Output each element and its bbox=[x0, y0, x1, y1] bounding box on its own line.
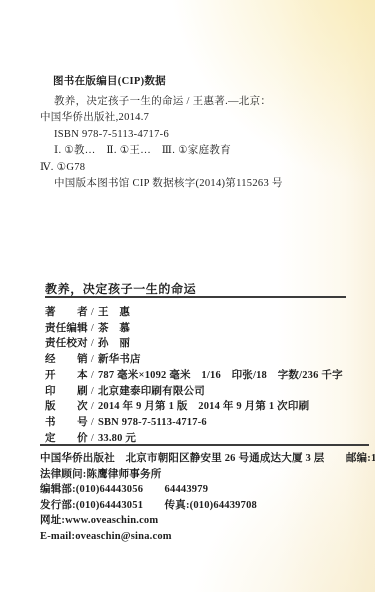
colophon-separator: / bbox=[91, 307, 94, 318]
colophon-row: 著 者/王 惠 bbox=[45, 305, 343, 321]
colophon-row: 版 次/2014 年 9 月第 1 版 2014 年 9 月第 1 次印刷 bbox=[45, 399, 343, 415]
colophon-row: 责任校对/孙 丽 bbox=[45, 336, 343, 352]
colophon-value: 孙 丽 bbox=[98, 338, 130, 349]
colophon-separator: / bbox=[91, 417, 94, 428]
colophon-list: 著 者/王 惠责任编辑/茶 慕责任校对/孙 丽经 销/新华书店开 本/787 毫… bbox=[45, 305, 343, 446]
colophon-row: 责任编辑/茶 慕 bbox=[45, 321, 343, 337]
colophon-label: 版 次 bbox=[45, 401, 88, 412]
colophon-separator: / bbox=[91, 401, 94, 412]
publisher-editorial-phone: 编辑部:(010)64443056 64443979 bbox=[40, 482, 375, 498]
title-rule bbox=[45, 296, 346, 298]
colophon-value: 新华书店 bbox=[98, 354, 141, 365]
colophon-row: 经 销/新华书店 bbox=[45, 352, 343, 368]
colophon-row: 开 本/787 毫米×1092 毫米 1/16 印张/18 字数/236 千字 bbox=[45, 368, 343, 384]
colophon-value: 王 惠 bbox=[98, 307, 130, 318]
colophon-row: 印 刷/北京建泰印刷有限公司 bbox=[45, 384, 343, 400]
publisher-address: 中国华侨出版社 北京市朝阳区静安里 26 号通成达大厦 3 层 邮编:10002… bbox=[40, 451, 375, 467]
colophon-value: 茶 慕 bbox=[98, 323, 130, 334]
cip-line: Ⅳ. ①G78 bbox=[40, 160, 283, 177]
book-title: 教养，决定孩子一生的命运 bbox=[45, 280, 196, 297]
book-copyright-page-photo: 图书在版编目(CIP)数据 教养，决定孩子一生的命运 / 王惠著.—北京：中国华… bbox=[0, 0, 375, 592]
publisher-email: E-mail:oveaschin@sina.com bbox=[40, 529, 375, 545]
colophon-label: 书 号 bbox=[45, 417, 88, 428]
colophon-separator: / bbox=[91, 370, 94, 381]
cip-line: ISBN 978-7-5113-4717-6 bbox=[54, 127, 283, 144]
colophon-value: 787 毫米×1092 毫米 1/16 印张/18 字数/236 千字 bbox=[98, 370, 343, 381]
cip-block: 图书在版编目(CIP)数据 教养，决定孩子一生的命运 / 王惠著.—北京：中国华… bbox=[40, 74, 283, 193]
cip-line: 中国华侨出版社,2014.7 bbox=[40, 110, 283, 127]
publisher-legal-counsel: 法律顾问:陈鹰律师事务所 bbox=[40, 467, 375, 483]
colophon-separator: / bbox=[91, 354, 94, 365]
colophon-value: 北京建泰印刷有限公司 bbox=[98, 386, 205, 397]
publisher-distribution-phone: 发行部:(010)64443051 传真:(010)64439708 bbox=[40, 498, 375, 514]
cip-line: 教养，决定孩子一生的命运 / 王惠著.—北京： bbox=[54, 94, 283, 111]
colophon-separator: / bbox=[91, 338, 94, 349]
colophon-separator: / bbox=[91, 386, 94, 397]
colophon-separator: / bbox=[91, 323, 94, 334]
colophon-label: 开 本 bbox=[45, 370, 88, 381]
publisher-website: 网址:www.oveaschin.com bbox=[40, 513, 375, 529]
colophon-label: 印 刷 bbox=[45, 386, 88, 397]
colophon-label: 责任编辑 bbox=[45, 323, 88, 334]
colophon-label: 著 者 bbox=[45, 307, 88, 318]
colophon-value: SBN 978-7-5113-4717-6 bbox=[98, 417, 207, 428]
colophon-label: 定 价 bbox=[45, 433, 88, 444]
colophon-label: 经 销 bbox=[45, 354, 88, 365]
colophon-value: 2014 年 9 月第 1 版 2014 年 9 月第 1 次印刷 bbox=[98, 401, 309, 412]
colophon-label: 责任校对 bbox=[45, 338, 88, 349]
cip-line: Ⅰ. ①教… Ⅱ. ①王… Ⅲ. ①家庭教育 bbox=[54, 143, 283, 160]
cip-heading: 图书在版编目(CIP)数据 bbox=[53, 74, 283, 91]
colophon-value: 33.80 元 bbox=[98, 433, 136, 444]
cip-line: 中国版本图书馆 CIP 数据核字(2014)第115263 号 bbox=[54, 176, 283, 193]
colophon-separator: / bbox=[91, 433, 94, 444]
publisher-rule bbox=[40, 444, 369, 446]
publisher-block: 中国华侨出版社 北京市朝阳区静安里 26 号通成达大厦 3 层 邮编:10002… bbox=[40, 451, 375, 544]
cip-lines: 教养，决定孩子一生的命运 / 王惠著.—北京：中国华侨出版社,2014.7ISB… bbox=[40, 94, 283, 193]
colophon-row: 书 号/SBN 978-7-5113-4717-6 bbox=[45, 415, 343, 431]
